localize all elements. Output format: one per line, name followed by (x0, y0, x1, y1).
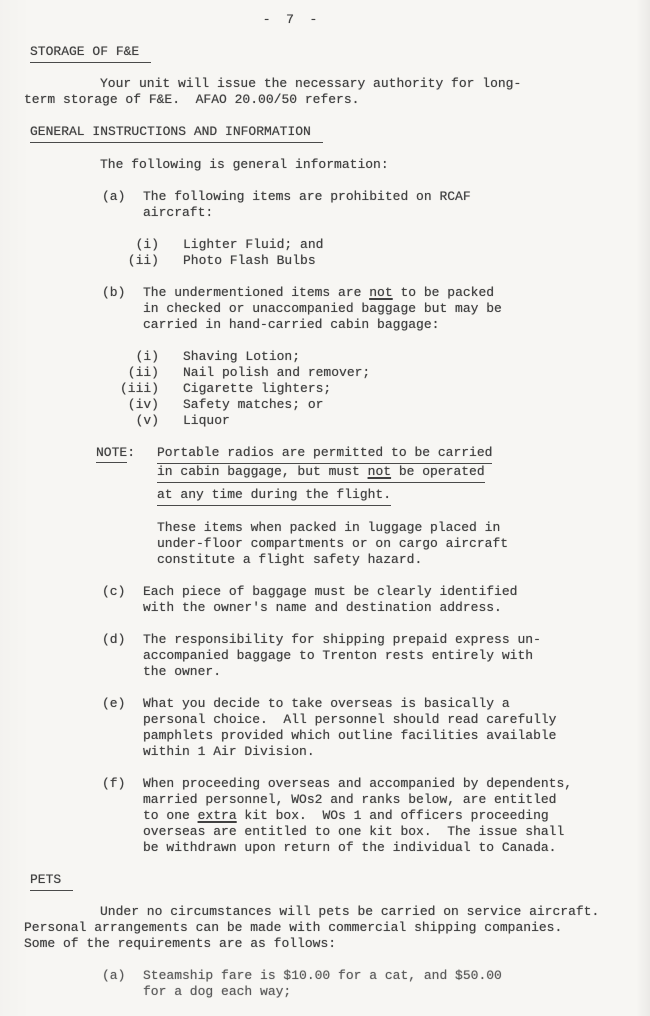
sublist-item: (ii) Nail polish and remover; (103, 365, 650, 381)
item-line: carried in hand-carried cabin baggage: (143, 317, 502, 333)
note-text: Portable radios are permitted to be carr… (157, 445, 492, 506)
line-segment: kit box. WOs 1 and officers proceeding (237, 808, 549, 823)
note-label-text: NOTE (96, 445, 127, 463)
item-line: pamphlets provided which outline facilit… (143, 728, 556, 744)
sublist-text: Photo Flash Bulbs (183, 253, 316, 269)
underlined-line: at any time during the flight. (157, 487, 391, 506)
paragraph-line: Under no circumstances will pets be carr… (100, 904, 650, 920)
item-line: accompanied baggage to Trenton rests ent… (143, 648, 541, 664)
item-line: The responsibility for shipping prepaid … (143, 632, 541, 648)
underlined-word: not (369, 285, 392, 300)
line-segment: be operated (391, 464, 485, 479)
item-line: overseas are entitled to one kit box. Th… (143, 824, 572, 840)
item-text: When proceeding overseas and accompanied… (143, 776, 572, 856)
sublist-label: (i) (103, 237, 159, 253)
sublist-text: Safety matches; or (183, 397, 323, 413)
note-label: NOTE: (96, 445, 157, 461)
document-page: - 7 - STORAGE OF F&E Your unit will issu… (0, 0, 650, 1016)
item-line: with the owner's name and destination ad… (143, 600, 517, 616)
note-label-colon: : (127, 445, 135, 460)
item-line: The following items are prohibited on RC… (143, 189, 471, 205)
section-storage: STORAGE OF F&E (30, 44, 650, 63)
sublist-item: (v) Liquor (103, 413, 650, 429)
underlined-line: in cabin baggage, but must not be operat… (157, 464, 485, 483)
item-text: What you decide to take overseas is basi… (143, 696, 556, 760)
paragraph-line: These items when packed in luggage place… (157, 520, 650, 536)
item-line: The undermentioned items are not to be p… (143, 285, 502, 301)
item-text: The undermentioned items are not to be p… (143, 285, 502, 333)
item-line: be withdrawn upon return of the individu… (143, 840, 572, 856)
paragraph-line: Your unit will issue the necessary autho… (100, 76, 650, 92)
paragraph-line: Personal arrangements can be made with c… (24, 920, 650, 936)
list-item-f: (f) When proceeding overseas and accompa… (102, 776, 650, 856)
heading-pets: PETS (30, 872, 73, 891)
underlined-line: Portable radios are permitted to be carr… (157, 445, 492, 464)
item-text: The following items are prohibited on RC… (143, 189, 471, 221)
sublist-text: Shaving Lotion; (183, 349, 300, 365)
item-line: the owner. (143, 664, 541, 680)
general-intro-line: The following is general information: (100, 157, 650, 173)
paragraph-line: term storage of F&E. AFAO 20.00/50 refer… (24, 92, 650, 108)
note-line: in cabin baggage, but must not be operat… (157, 464, 492, 483)
paragraph-line: constitute a flight safety hazard. (157, 552, 650, 568)
section-pets: PETS (30, 872, 650, 891)
sublist-item: (i) Shaving Lotion; (103, 349, 650, 365)
line-segment: to one (143, 808, 198, 823)
storage-paragraph: Your unit will issue the necessary autho… (24, 76, 650, 108)
item-label: (e) (102, 696, 143, 712)
line-segment: to be packed (393, 285, 494, 300)
item-label: (f) (102, 776, 143, 792)
item-label: (b) (102, 285, 143, 301)
sublist-item: (iii) Cigarette lighters; (103, 381, 650, 397)
item-line: within 1 Air Division. (143, 744, 556, 760)
item-line: When proceeding overseas and accompanied… (143, 776, 572, 792)
sublist-label: (ii) (103, 365, 159, 381)
pets-paragraph: Under no circumstances will pets be carr… (24, 904, 650, 952)
sublist-label: (v) (103, 413, 159, 429)
paragraph-line: under-floor compartments or on cargo air… (157, 536, 650, 552)
item-label: (c) (102, 584, 143, 600)
note-block: NOTE: Portable radios are permitted to b… (96, 445, 650, 506)
list-item-a: (a) The following items are prohibited o… (102, 189, 650, 221)
sublist-b: (i) Shaving Lotion; (ii) Nail polish and… (0, 349, 650, 429)
sublist-text: Lighter Fluid; and (183, 237, 323, 253)
paragraph-line: Some of the requirements are as follows: (24, 936, 650, 952)
item-line: What you decide to take overseas is basi… (143, 696, 556, 712)
item-line: Steamship fare is $10.00 for a cat, and … (143, 968, 502, 984)
list-item-b: (b) The undermentioned items are not to … (102, 285, 650, 333)
heading-storage-of-fe: STORAGE OF F&E (30, 44, 151, 63)
section-general: GENERAL INSTRUCTIONS AND INFORMATION (30, 124, 650, 143)
sublist-text: Liquor (183, 413, 230, 429)
item-text: The responsibility for shipping prepaid … (143, 632, 541, 680)
item-text: Each piece of baggage must be clearly id… (143, 584, 517, 616)
item-line: for a dog each way; (143, 984, 502, 1000)
item-line: in checked or unaccompanied baggage but … (143, 301, 502, 317)
item-label: (a) (102, 968, 143, 984)
list-item-d: (d) The responsibility for shipping prep… (102, 632, 650, 680)
underlined-word: not (368, 464, 391, 479)
heading-general-instructions: GENERAL INSTRUCTIONS AND INFORMATION (30, 124, 323, 143)
underlined-word: extra (198, 808, 237, 823)
list-item-e: (e) What you decide to take overseas is … (102, 696, 650, 760)
list-item-c: (c) Each piece of baggage must be clearl… (102, 584, 650, 616)
sublist-label: (iii) (103, 381, 159, 397)
page-number: - 7 - (0, 0, 580, 28)
sublist-label: (iv) (103, 397, 159, 413)
item-line: to one extra kit box. WOs 1 and officers… (143, 808, 572, 824)
item-label: (a) (102, 189, 143, 205)
item-line: aircraft: (143, 205, 471, 221)
sublist-text: Cigarette lighters; (183, 381, 331, 397)
item-label: (d) (102, 632, 143, 648)
item-text: Steamship fare is $10.00 for a cat, and … (143, 968, 502, 1000)
note-line: Portable radios are permitted to be carr… (157, 445, 492, 464)
sublist-label: (i) (103, 349, 159, 365)
note-paragraph: These items when packed in luggage place… (157, 520, 650, 568)
sublist-item: (iv) Safety matches; or (103, 397, 650, 413)
sublist-a: (i) Lighter Fluid; and (ii) Photo Flash … (0, 237, 650, 269)
sublist-item: (ii) Photo Flash Bulbs (103, 253, 650, 269)
line-segment: The undermentioned items are (143, 285, 369, 300)
sublist-text: Nail polish and remover; (183, 365, 370, 381)
note-line: at any time during the flight. (157, 487, 492, 506)
sublist-label: (ii) (103, 253, 159, 269)
item-line: personal choice. All personnel should re… (143, 712, 556, 728)
item-line: Each piece of baggage must be clearly id… (143, 584, 517, 600)
pets-list-item-a: (a) Steamship fare is $10.00 for a cat, … (102, 968, 650, 1000)
line-segment: in cabin baggage, but must (157, 464, 368, 479)
sublist-item: (i) Lighter Fluid; and (103, 237, 650, 253)
item-line: married personnel, WOs2 and ranks below,… (143, 792, 572, 808)
